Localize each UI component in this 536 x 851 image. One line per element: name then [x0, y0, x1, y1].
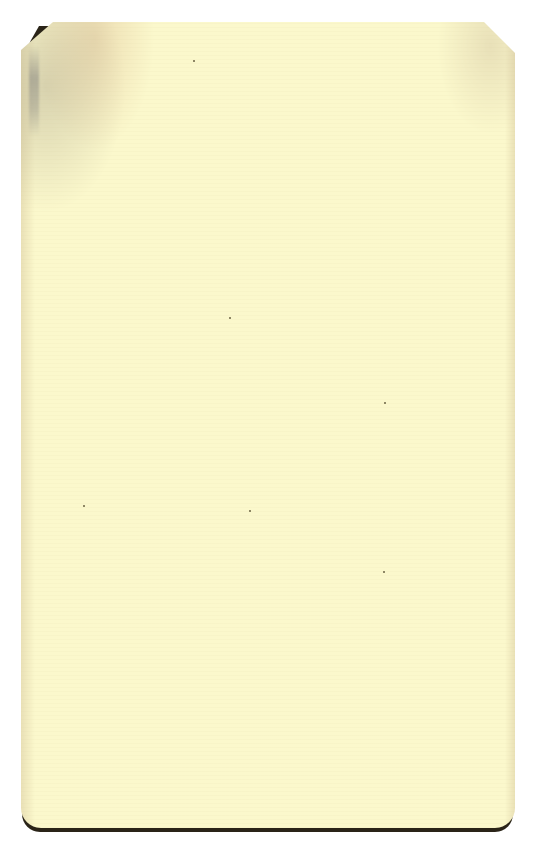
speck	[249, 510, 251, 512]
corner-stain	[29, 46, 39, 136]
blank-card	[21, 22, 515, 828]
speck	[384, 402, 386, 404]
speck	[83, 505, 85, 507]
speck	[383, 571, 385, 573]
speck	[193, 60, 195, 62]
speck	[229, 317, 231, 319]
